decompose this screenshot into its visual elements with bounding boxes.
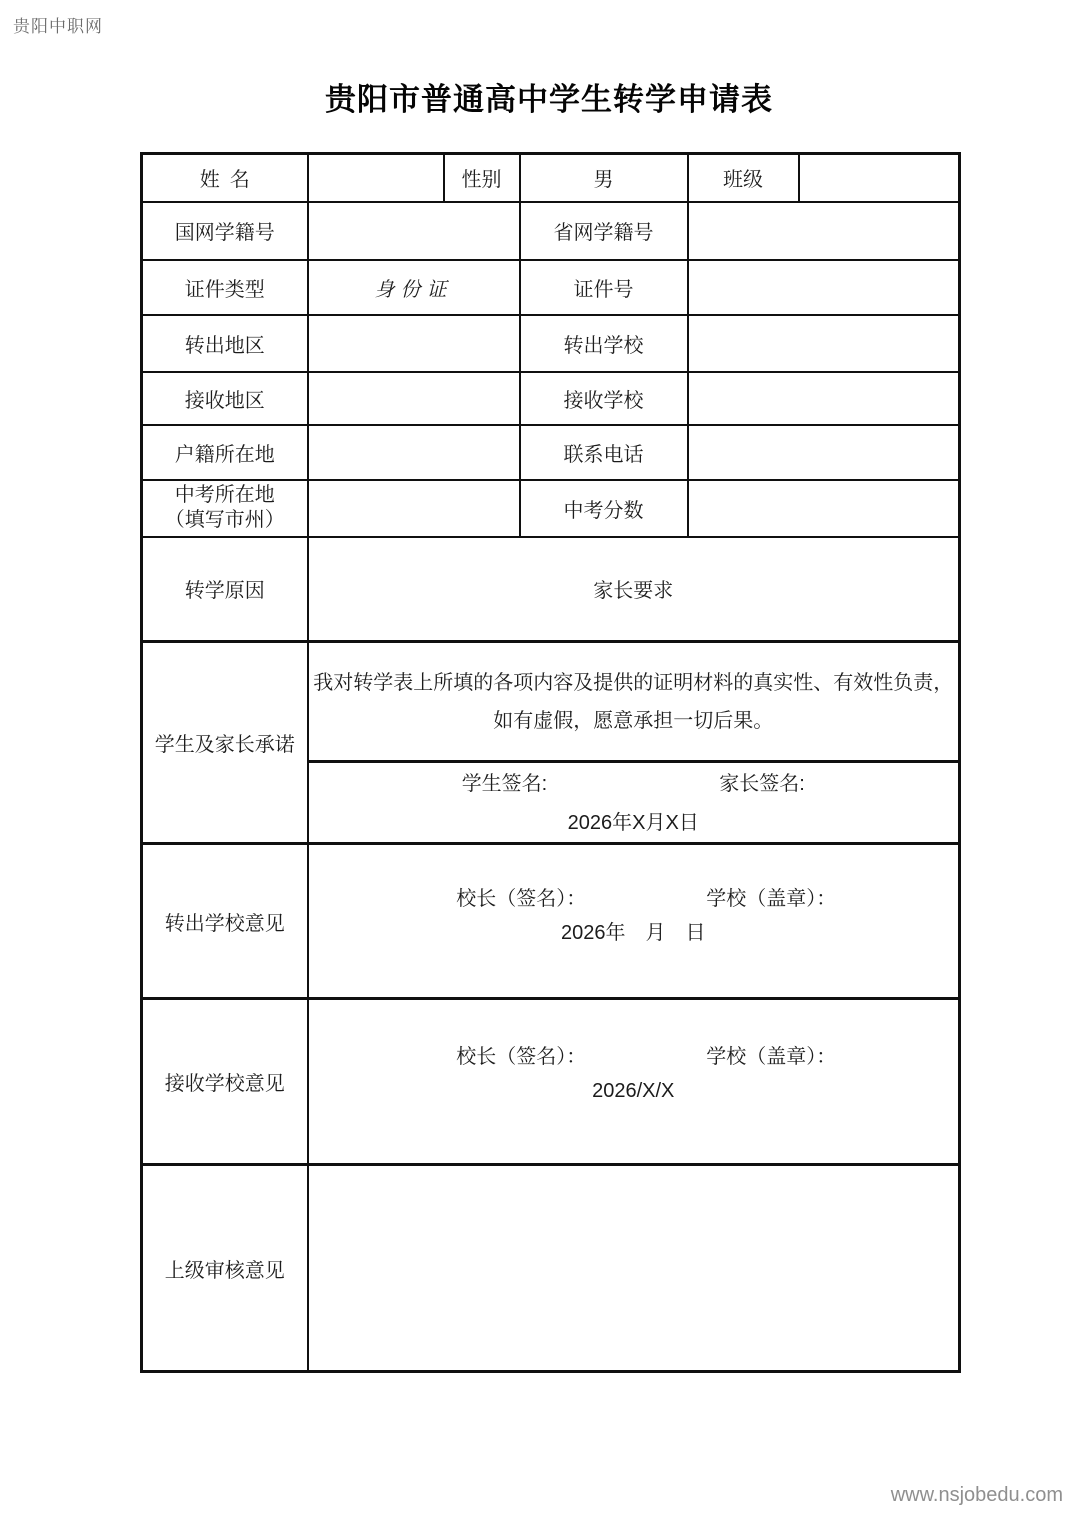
in-opinion-label: 接收学校意见 [142,999,308,1165]
cert-number-value-cell [688,260,960,315]
row-receiving: 接收地区 接收学校 [142,372,960,425]
title-container: 贵阳市普通高中学生转学申请表 [140,74,958,119]
row-certificate: 证件类型 身份证 证件号 [142,260,960,315]
in-principal-label: 校长（签名）： [456,1040,586,1074]
phone-label: 联系电话 [520,425,688,480]
out-opinion-content: 校长（签名）： 学校（盖章）： 2026年 月 日 [309,882,959,960]
row-household-phone: 户籍所在地 联系电话 [142,425,960,480]
out-opinion-date: 2026年 月 日 [309,916,959,950]
site-watermark: 贵阳中职网 [13,12,103,37]
out-region-value-cell [308,315,520,372]
cert-type-value-cell: 身份证 [308,260,520,315]
pledge-date: 2026年X月X日 [309,804,959,842]
in-opinion-date: 2026/X/X [309,1074,959,1108]
page-title: 贵阳市普通高中学生转学申请表 [325,82,773,117]
in-opinion-cell: 校长（签名）： 学校（盖章）： 2026/X/X [308,999,960,1165]
in-region-value-cell [308,372,520,425]
cert-number-label: 证件号 [520,260,688,315]
out-principal-label: 校长（签名）： [456,882,586,916]
pledge-statement: 我对转学表上所填的各项内容及提供的证明材料的真实性、有效性负责，如有虚假，愿意承… [308,642,960,762]
student-signature-label: 学生签名: [462,764,548,804]
exam-location-label: 中考所在地 （填写市州） [142,480,308,537]
row-review-opinion: 上级审核意见 [142,1165,960,1372]
row-in-school-opinion: 接收学校意见 校长（签名）： 学校（盖章）： 2026/X/X [142,999,960,1165]
pledge-label: 学生及家长承诺 [142,642,308,844]
parent-signature-label: 家长签名: [719,764,805,804]
out-school-label: 转出学校 [520,315,688,372]
exam-score-value-cell [688,480,960,537]
in-opinion-content: 校长（签名）： 学校（盖章）： 2026/X/X [309,1040,959,1124]
review-content-cell [308,1165,960,1372]
exam-location-label-line1: 中考所在地 [143,483,307,508]
review-label: 上级审核意见 [142,1165,308,1372]
phone-value-cell [688,425,960,480]
in-region-label: 接收地区 [142,372,308,425]
reason-label: 转学原因 [142,537,308,642]
row-pledge-statement: 学生及家长承诺 我对转学表上所填的各项内容及提供的证明材料的真实性、有效性负责，… [142,642,960,762]
in-opinion-signature-line: 校长（签名）： 学校（盖章）： [309,1040,959,1074]
out-school-seal-label: 学校（盖章）： [706,882,836,916]
out-opinion-signature-line: 校长（签名）： 学校（盖章）： [309,882,959,916]
provincial-id-label: 省网学籍号 [520,202,688,260]
exam-location-label-line2: （填写市州） [143,508,307,533]
out-school-value-cell [688,315,960,372]
out-region-label: 转出地区 [142,315,308,372]
exam-score-label: 中考分数 [520,480,688,537]
pledge-signature-cell: 学生签名: 家长签名: 2026年X月X日 [308,762,960,844]
cert-type-label: 证件类型 [142,260,308,315]
row-name-gender-class: 姓 名 性别 男 班级 [142,154,960,202]
footer-url: www.nsjobedu.com [891,1484,1063,1507]
row-transfer-out: 转出地区 转出学校 [142,315,960,372]
household-label: 户籍所在地 [142,425,308,480]
out-opinion-label: 转出学校意见 [142,844,308,999]
class-label: 班级 [688,154,799,202]
out-opinion-cell: 校长（签名）： 学校（盖章）： 2026年 月 日 [308,844,960,999]
row-exam: 中考所在地 （填写市州） 中考分数 [142,480,960,537]
class-value-cell [799,154,960,202]
name-label: 姓 名 [142,154,308,202]
in-school-label: 接收学校 [520,372,688,425]
row-transfer-reason: 转学原因 家长要求 [142,537,960,642]
row-student-ids: 国网学籍号 省网学籍号 [142,202,960,260]
in-school-value-cell [688,372,960,425]
transfer-application-table: 姓 名 性别 男 班级 国网学籍号 省网学籍号 证件类型 身份证 证件号 转出地… [140,152,961,1373]
national-id-value-cell [308,202,520,260]
gender-value-cell: 男 [520,154,688,202]
national-id-label: 国网学籍号 [142,202,308,260]
pledge-signature-line: 学生签名: 家长签名: [309,764,959,804]
gender-label: 性别 [444,154,520,202]
row-out-school-opinion: 转出学校意见 校长（签名）： 学校（盖章）： 2026年 月 日 [142,844,960,999]
reason-value-cell: 家长要求 [308,537,960,642]
exam-location-value-cell [308,480,520,537]
in-school-seal-label: 学校（盖章）： [706,1040,836,1074]
provincial-id-value-cell [688,202,960,260]
name-value-cell [308,154,444,202]
household-value-cell [308,425,520,480]
